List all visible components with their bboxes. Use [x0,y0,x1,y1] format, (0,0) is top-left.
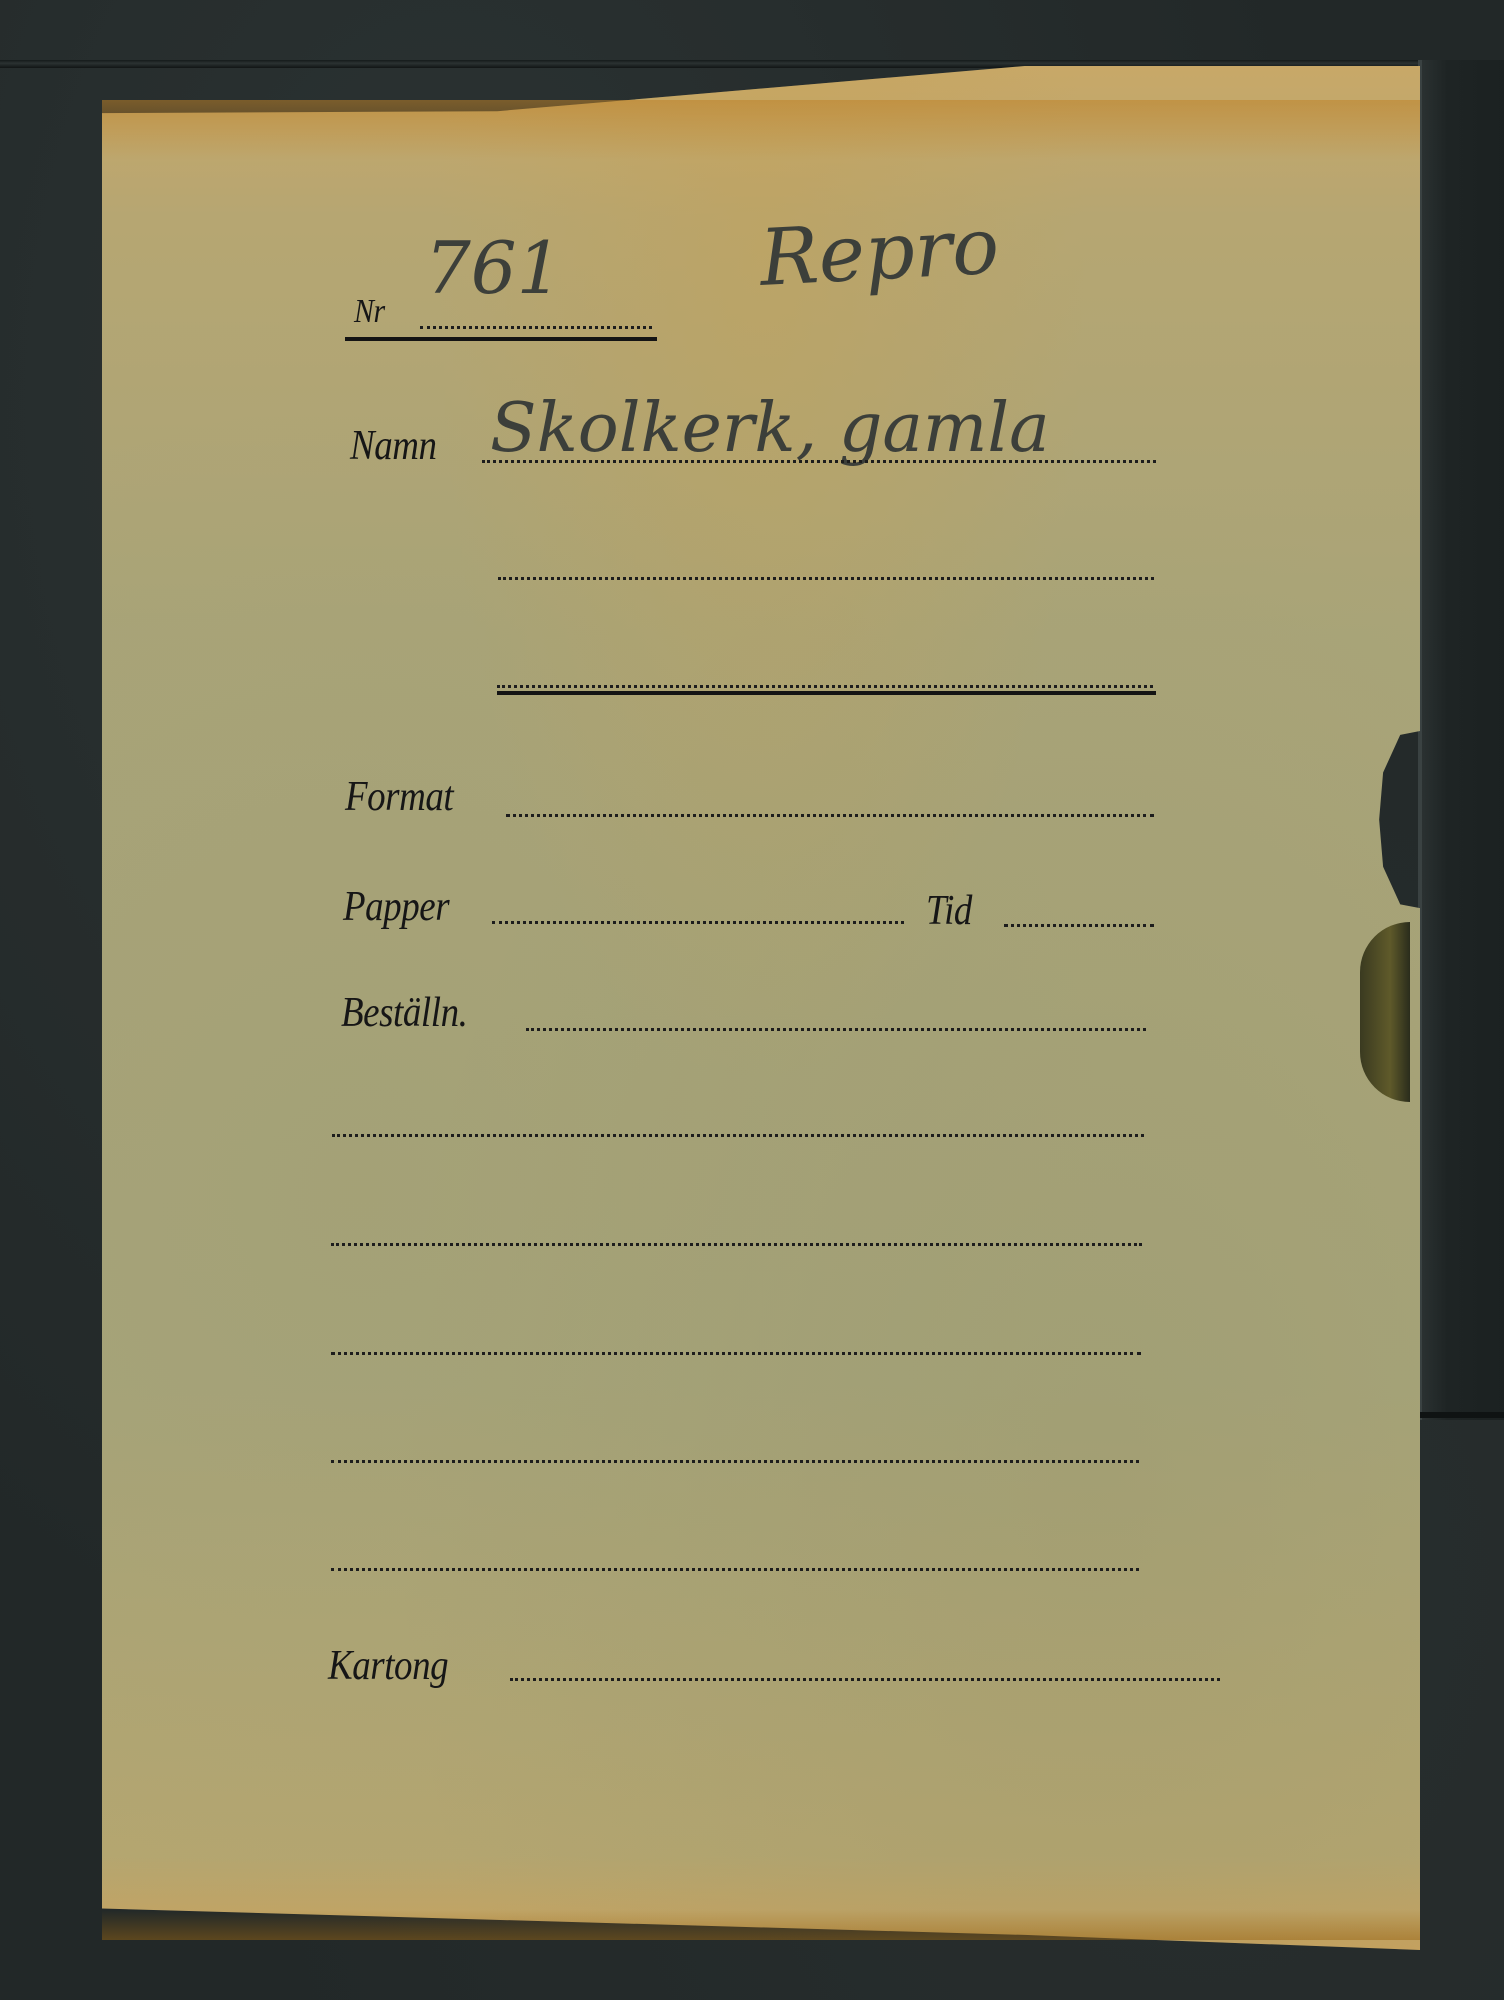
format-dotted-line [506,814,1154,817]
blank-dotted-line-3 [331,1352,1141,1355]
format-label: Format [345,776,453,818]
nr-dotted-line [420,326,652,329]
plastic-sleeve [1418,60,1504,1420]
blank-dotted-line-2 [331,1243,1142,1246]
papper-label: Papper [343,886,449,928]
repro-handwritten-annotation: Repro [758,208,1001,298]
namn-dotted-line [482,460,1156,463]
bestalln-dotted-line [526,1028,1146,1031]
namn-dotted-line-3 [497,685,1153,688]
papper-dotted-line [492,921,904,924]
blank-dotted-line-1 [332,1134,1144,1137]
namn-handwritten-value: Skolkerk, gamla [490,395,1050,463]
namn-dotted-line-2 [498,577,1154,580]
blank-dotted-line-5 [331,1568,1139,1571]
tid-label: Tid [926,890,972,932]
envelope [102,66,1420,1950]
namn-label: Namn [350,425,437,467]
kartong-label: Kartong [328,1645,448,1687]
blank-dotted-line-4 [331,1460,1139,1463]
nr-underline [345,337,657,341]
kartong-dotted-line [510,1678,1220,1681]
thumb-notch [1360,922,1410,1102]
nr-label: Nr [354,295,385,329]
bestalln-label: Beställn. [341,992,467,1034]
nr-handwritten-value: 761 [425,232,562,304]
tid-dotted-line [1004,924,1154,927]
namn-section-rule [497,691,1156,695]
plastic-sleeve-bottom-edge [1418,1412,1504,1418]
